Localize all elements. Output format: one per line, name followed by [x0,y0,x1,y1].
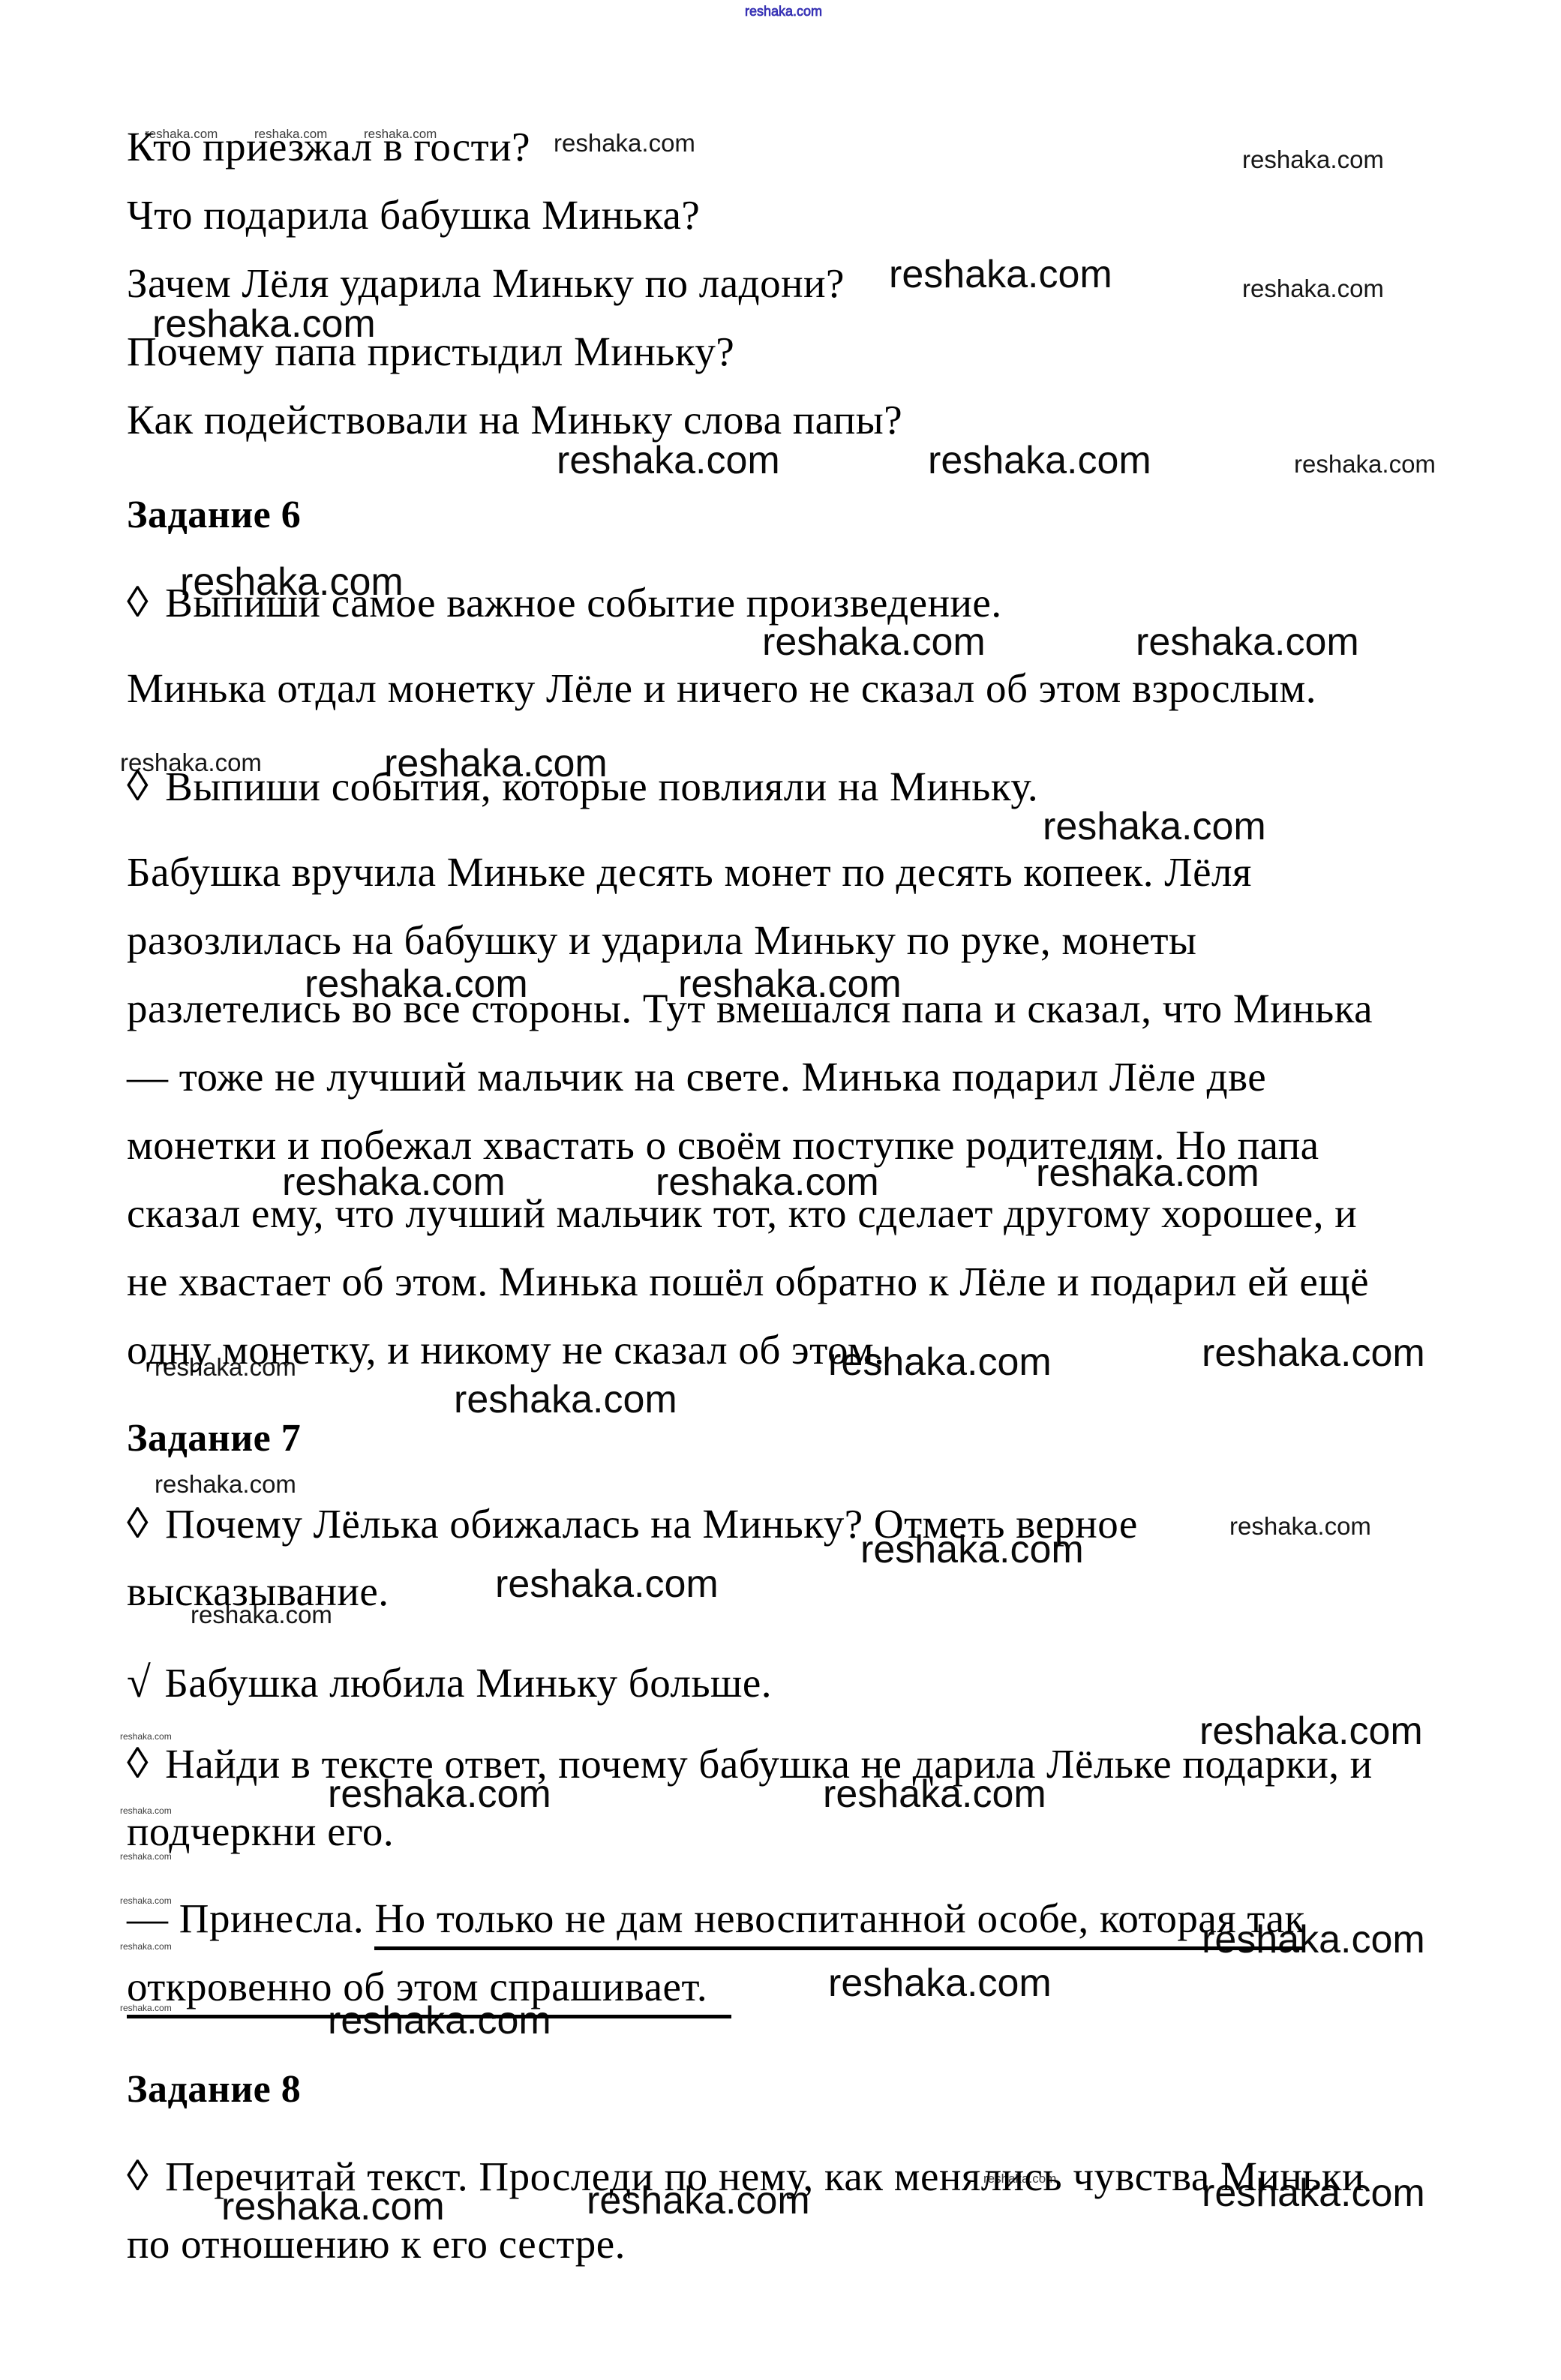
question-line: Кто приезжал в гости? [127,113,1561,181]
check-icon: √ [127,1648,151,1716]
task6-answer2-line: монетки и побежал хвастать о своём посту… [127,1111,1561,1179]
task6-answer1: Минька отдал монетку Лёле и ничего не ск… [127,654,1561,722]
lozenge-icon: ◊ [127,1489,149,1557]
question-line: Что подарила бабушка Минька? [127,181,1561,249]
task7-heading: Задание 7 [127,1404,1561,1472]
quote-underlined-part1: Но только не дам невоспитанной особе, ко… [374,1895,1304,1950]
watermark-text: reshaka.com [745,5,822,18]
lozenge-icon: ◊ [127,568,149,636]
task8-heading: Задание 8 [127,2055,1561,2123]
task6-heading: Задание 6 [127,481,1561,549]
task6-answer2-line: разозлилась на бабушку и ударила Миньку … [127,906,1561,974]
task7-answer1: √Бабушка любила Миньку больше. [127,1648,1561,1716]
task7-prompt1-line2: высказывание. [127,1557,1561,1625]
task6-prompt1-text: Выпиши самое важное событие произведение… [165,580,1001,626]
document-page: reshaka.comreshaka.comreshaka.comreshaka… [0,0,1561,2380]
question-line: Как подействовали на Миньку слова папы? [127,386,1561,454]
document-content: Кто приезжал в гости? Что подарила бабуш… [127,113,1561,2278]
lozenge-icon: ◊ [127,1729,149,1797]
task6-answer2-line: разлетелись во все стороны. Тут вмешался… [127,974,1561,1043]
question-line: Почему папа пристыдил Миньку? [127,317,1561,386]
task6-answer2-line: Бабушка вручила Миньке десять монет по д… [127,838,1561,906]
task6-prompt2-text: Выпиши события, которые повлияли на Минь… [165,764,1038,809]
task6-answer2-line: не хвастает об этом. Минька пошёл обратн… [127,1247,1561,1316]
task7-prompt1-line1: ◊Почему Лёлька обижалась на Миньку? Отме… [127,1489,1561,1557]
task8-prompt1-line2: по отношению к его сестре. [127,2210,1561,2278]
lozenge-icon: ◊ [127,752,149,820]
task6-answer2-line: сказал ему, что лучший мальчик тот, кто … [127,1179,1561,1247]
task8-prompt1-text: Перечитай текст. Проследи по нему, как м… [165,2153,1364,2199]
task7-prompt1-text: Почему Лёлька обижалась на Миньку? Отмет… [165,1501,1138,1547]
task6-answer2-line: — тоже не лучший мальчик на свете. Миньк… [127,1043,1561,1111]
question-line: Зачем Лёля ударила Миньку по ладони? [127,249,1561,317]
task7-prompt2-line1: ◊Найди в тексте ответ, почему бабушка не… [127,1729,1561,1797]
task6-prompt1: ◊Выпиши самое важное событие произведени… [127,568,1561,636]
task7-prompt2-text: Найди в тексте ответ, почему бабушка не … [165,1741,1373,1787]
task6-answer2-line: одну монетку, и никому не сказал об этом… [127,1316,1561,1384]
lozenge-icon: ◊ [127,2141,149,2210]
quote-prefix: — Принесла. [127,1895,374,1941]
task7-answer1-text: Бабушка любила Миньку больше. [164,1660,772,1706]
task8-prompt1-line1: ◊Перечитай текст. Проследи по нему, как … [127,2141,1561,2210]
task6-prompt2: ◊Выпиши события, которые повлияли на Мин… [127,752,1561,820]
task7-prompt2-line2: подчеркни его. [127,1797,1561,1865]
task7-quote-line1: — Принесла. Но только не дам невоспитанн… [127,1884,1561,1952]
task7-quote-line2: откровенно об этом спрашивает. [127,1952,1561,2021]
quote-underlined-part2: откровенно об этом спрашивает. [127,1964,731,2018]
